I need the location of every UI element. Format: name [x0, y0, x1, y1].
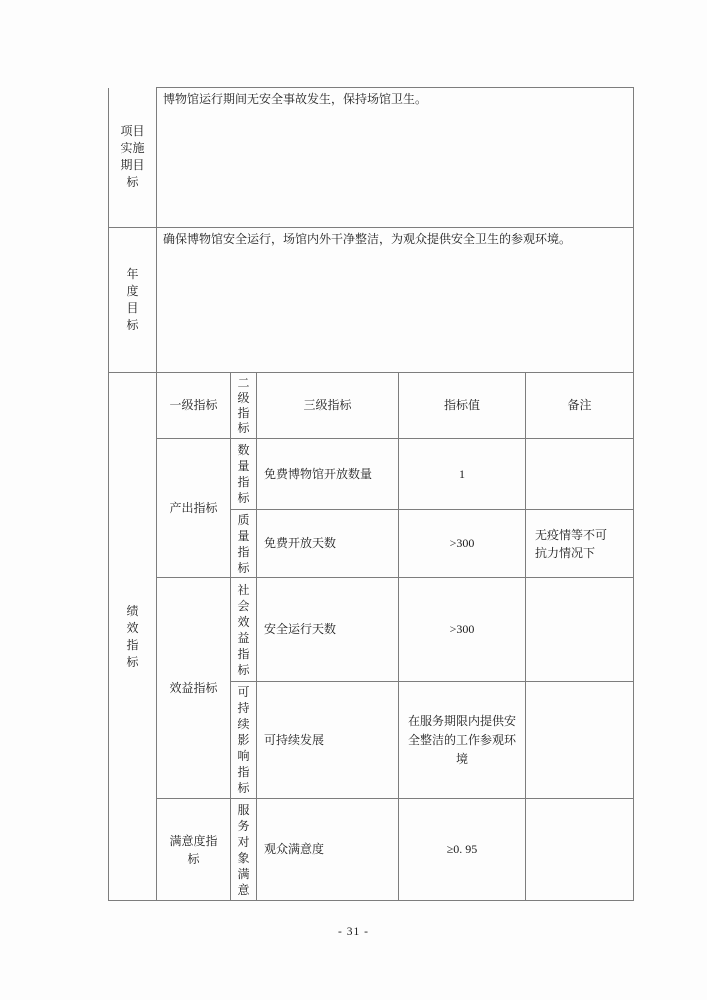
cell-level3-museum-open-count: 免费博物馆开放数量 [257, 439, 399, 510]
row-implementation-goal: 项目 实施 期目 标 博物馆运行期间无安全事故发生，保持场馆卫生。 [109, 88, 634, 228]
cell-note-open-days: 无疫情等不可 抗力情况下 [526, 510, 634, 578]
document-page: 项目 实施 期目 标 博物馆运行期间无安全事故发生，保持场馆卫生。 年 度 目 … [0, 0, 707, 1000]
cell-value-open-days: >300 [399, 510, 526, 578]
cell-note-visitor-satisfaction [526, 799, 634, 901]
header-note: 备注 [526, 373, 634, 439]
header-value: 指标值 [399, 373, 526, 439]
cell-level3-visitor-satisfaction: 观众满意度 [257, 799, 399, 901]
cell-value-sustainable-development: 在服务期限内提供安 全整洁的工作参观环 境 [399, 682, 526, 799]
cell-note-safe-operation-days [526, 578, 634, 682]
cell-level2-social-benefit: 社 会 效 益 指 标 [231, 578, 257, 682]
header-level1: 一级指标 [157, 373, 231, 439]
row-annual-goal: 年 度 目 标 确保博物馆安全运行，场馆内外干净整洁，为观众提供安全卫生的参观环… [109, 228, 634, 373]
row-indicator-header: 绩 效 指 标 一级指标 二 级 指 标 三级指标 指标值 备注 [109, 373, 634, 439]
cell-value-safe-operation-days: >300 [399, 578, 526, 682]
implementation-goal-label: 项目 实施 期目 标 [109, 88, 157, 228]
annual-goal-text: 确保博物馆安全运行，场馆内外干净整洁，为观众提供安全卫生的参观环境。 [157, 228, 634, 373]
cell-value-visitor-satisfaction: ≥0. 95 [399, 799, 526, 901]
row-quantity-indicator: 产出指标 数 量 指 标 免费博物馆开放数量 1 [109, 439, 634, 510]
cell-level2-sustainable-impact: 可 持 续 影 响 指 标 [231, 682, 257, 799]
group-benefit-indicator: 效益指标 [157, 578, 231, 799]
cell-level2-quantity: 数 量 指 标 [231, 439, 257, 510]
cell-level2-service-target-satisfaction: 服 务 对 象 满 意 [231, 799, 257, 901]
cell-level2-quality: 质 量 指 标 [231, 510, 257, 578]
row-satisfaction-indicator: 满意度指 标 服 务 对 象 满 意 观众满意度 ≥0. 95 [109, 799, 634, 901]
group-satisfaction-indicator: 满意度指 标 [157, 799, 231, 901]
header-level3: 三级指标 [257, 373, 399, 439]
header-level2: 二 级 指 标 [231, 373, 257, 439]
performance-section-label: 绩 效 指 标 [109, 373, 157, 901]
cell-note-museum-open-count [526, 439, 634, 510]
implementation-goal-text: 博物馆运行期间无安全事故发生，保持场馆卫生。 [157, 88, 634, 228]
cell-level3-safe-operation-days: 安全运行天数 [257, 578, 399, 682]
cell-note-sustainable-development [526, 682, 634, 799]
row-social-benefit-indicator: 效益指标 社 会 效 益 指 标 安全运行天数 >300 [109, 578, 634, 682]
page-number: - 31 - [0, 926, 707, 938]
performance-indicator-table: 项目 实施 期目 标 博物馆运行期间无安全事故发生，保持场馆卫生。 年 度 目 … [108, 87, 634, 901]
cell-level3-open-days: 免费开放天数 [257, 510, 399, 578]
group-output-indicator: 产出指标 [157, 439, 231, 578]
cell-level3-sustainable-development: 可持续发展 [257, 682, 399, 799]
cell-value-museum-open-count: 1 [399, 439, 526, 510]
annual-goal-label: 年 度 目 标 [109, 228, 157, 373]
